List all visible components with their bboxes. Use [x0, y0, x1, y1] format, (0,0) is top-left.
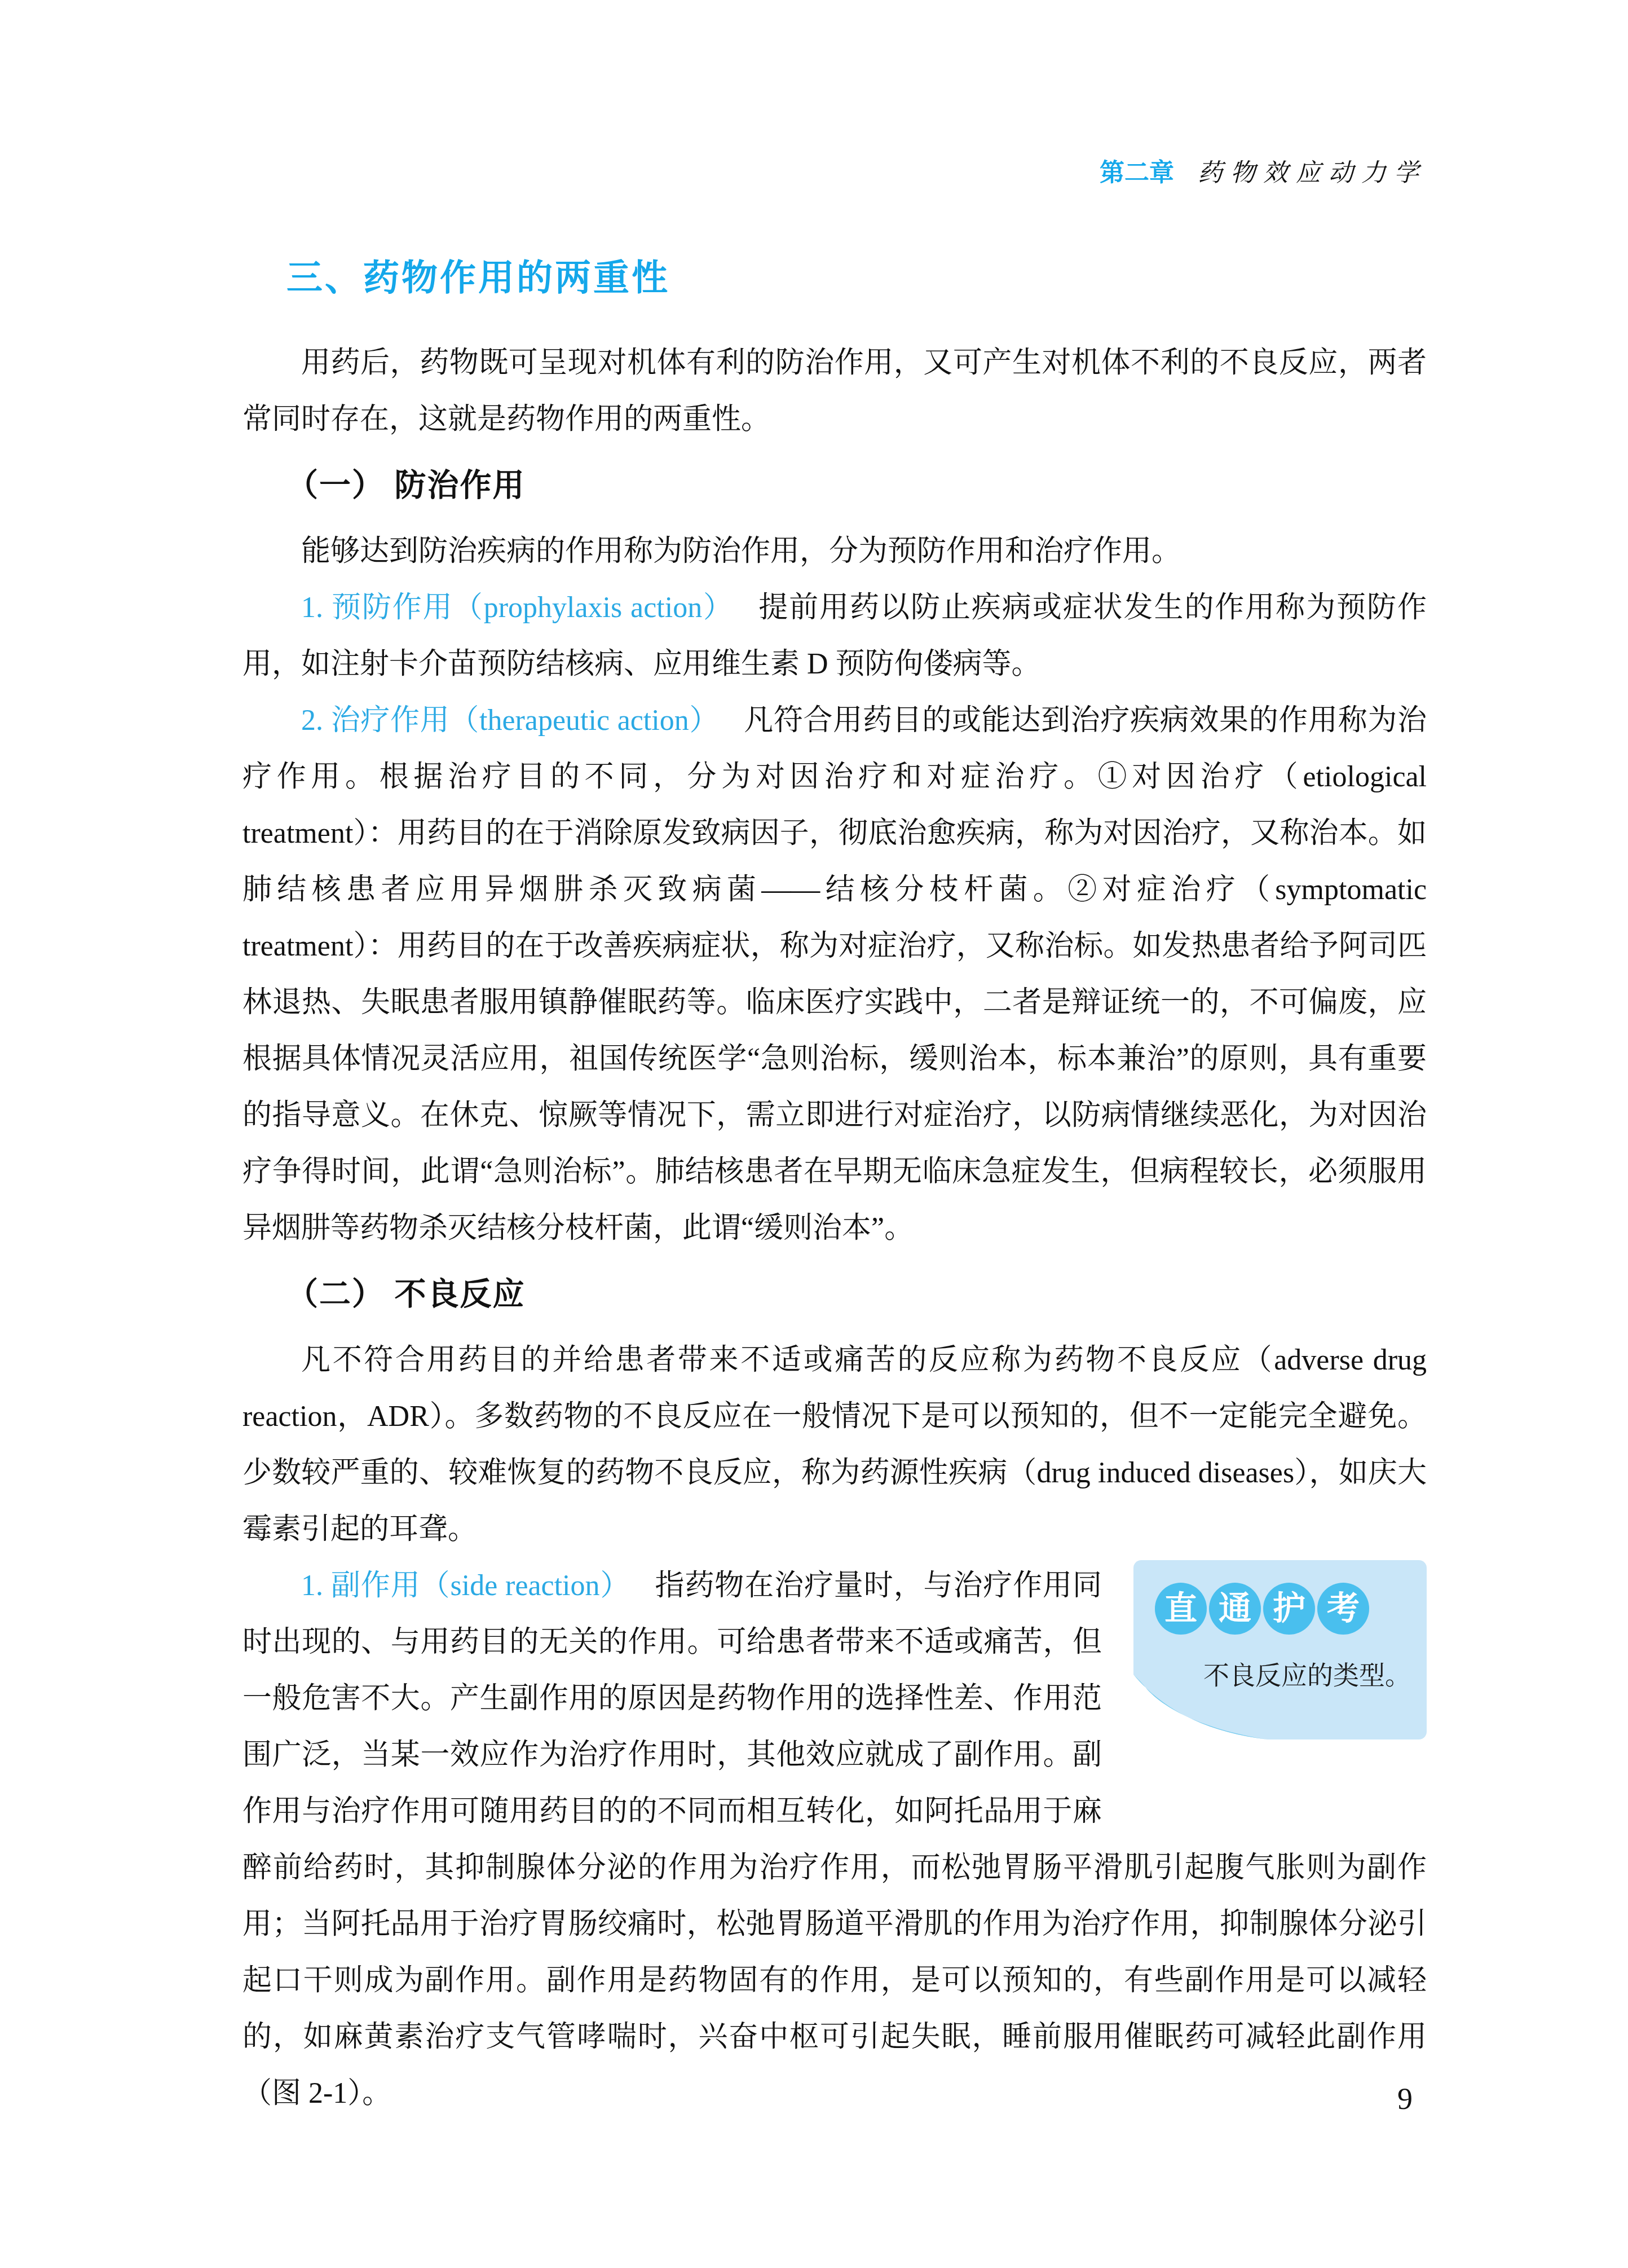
- prophylaxis-term: 1. 预防作用（prophylaxis action）: [301, 592, 734, 624]
- main-content: 三、药物作用的两重性 用药后，药物既可呈现对机体有利的防治作用，又可产生对机体不…: [242, 253, 1427, 2122]
- therapeutic-term: 2. 治疗作用（therapeutic action）: [301, 704, 719, 737]
- chapter-number: 第二章: [1100, 159, 1174, 187]
- therapeutic-paragraph: 2. 治疗作用（therapeutic action）凡符合用药目的或能达到治疗…: [242, 693, 1427, 1257]
- side-reaction-term: 1. 副作用（side reaction）: [301, 1570, 630, 1602]
- intro-paragraph: 用药后，药物既可呈现对机体有利的防治作用，又可产生对机体不利的不良反应，两者常同…: [242, 335, 1427, 448]
- exam-callout-note: 直 通 护 考 不良反应的类型。: [1133, 1560, 1427, 1739]
- page-number: 9: [1397, 2081, 1413, 2116]
- badge-char-circle: 直: [1155, 1583, 1207, 1635]
- badge-char-circle: 护: [1263, 1583, 1315, 1635]
- adr-lead-paragraph: 凡不符合用药目的并给患者带来不适或痛苦的反应称为药物不良反应（adverse d…: [242, 1332, 1427, 1558]
- badge-char-circle: 考: [1317, 1583, 1369, 1635]
- side-reaction-block: 直 通 护 考 不良反应的类型。 1. 副作用（side reaction）指药…: [242, 1558, 1427, 2122]
- running-header: 第二章药物效应动力学: [1100, 160, 1427, 187]
- sub1-lead-paragraph: 能够达到防治疾病的作用称为防治作用，分为预防作用和治疗作用。: [242, 523, 1427, 580]
- page-curl-decoration: [1133, 1666, 1269, 1739]
- therapeutic-text: 凡符合用药目的或能达到治疗疾病效果的作用称为治疗作用。根据治疗目的不同，分为对因…: [242, 704, 1427, 1244]
- prophylaxis-paragraph: 1. 预防作用（prophylaxis action）提前用药以防止疾病或症状发…: [242, 580, 1427, 693]
- chapter-title: 药物效应动力学: [1198, 159, 1427, 187]
- subsection-1-heading: （一） 防治作用: [286, 456, 1427, 514]
- subsection-2-heading: （二） 不良反应: [286, 1265, 1427, 1323]
- badge-char-circle: 通: [1209, 1583, 1261, 1635]
- exam-callout-badge: 直 通 护 考: [1155, 1583, 1369, 1635]
- textbook-page: 第二章药物效应动力学 三、药物作用的两重性 用药后，药物既可呈现对机体有利的防治…: [0, 0, 1628, 2268]
- section-title: 三、药物作用的两重性: [286, 253, 1427, 302]
